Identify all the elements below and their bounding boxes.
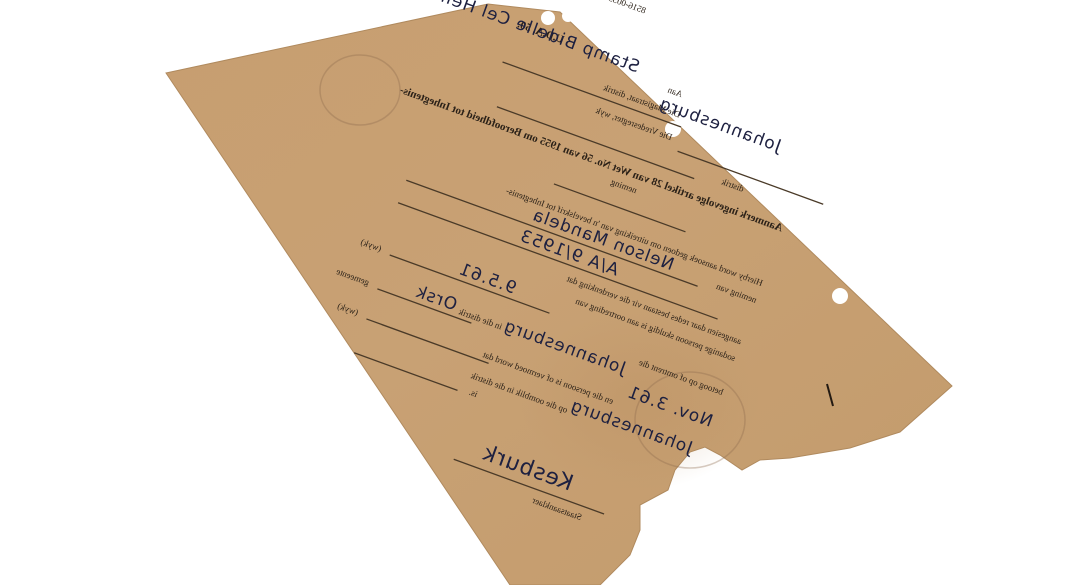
- photo-stage: 8516-0033-A U.D.A. 50. Aan Die Magistraa…: [0, 0, 1076, 585]
- punch-hole: [562, 10, 574, 22]
- document-photo: 8516-0033-A U.D.A. 50. Aan Die Magistraa…: [0, 0, 1076, 585]
- top-code: 8516-0033-A: [598, 0, 647, 16]
- document-sheet: 8516-0033-A U.D.A. 50. Aan Die Magistraa…: [0, 0, 1076, 585]
- punch-hole: [832, 288, 848, 304]
